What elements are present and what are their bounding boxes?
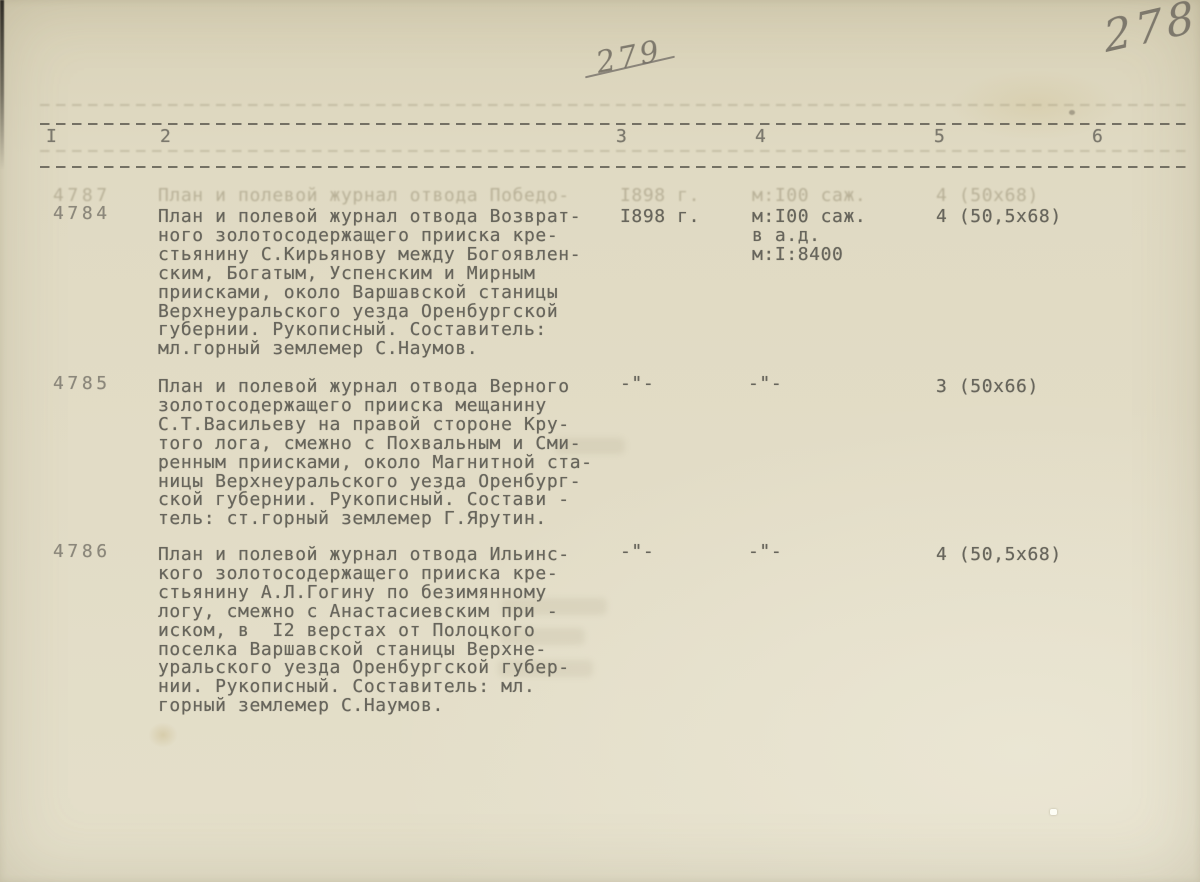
paper-stain [148,722,178,748]
bleed-entry-scale: м:I00 саж. [752,187,866,206]
entry-description: План и полевой журнал отвода Возврат- но… [158,208,581,359]
entry-number: 4785 [53,375,111,394]
scan-edge-shadow [0,0,4,170]
entry-extent: 4 (50,5x68) [936,208,1062,227]
table-header-rule [40,166,1192,168]
paper-speck [1069,110,1075,115]
column-header-1: I [46,128,57,147]
entry-number: 4784 [53,205,111,224]
handwritten-page-number: 278 [1101,0,1200,64]
paper-fleck [1050,809,1057,815]
bleed-entry-extent: 4 (50x68) [936,187,1039,206]
entry-scale: -"- [748,375,782,394]
entry-date: -"- [620,543,654,562]
column-header-3: 3 [616,128,627,147]
archival-inventory-page: 279 278 I 2 3 4 5 6 4787 План и полевой … [0,0,1200,882]
column-header-4: 4 [755,128,766,147]
bleed-dashed-rule [40,150,1192,152]
entry-description: План и полевой журнал отвода Верного зол… [158,378,593,529]
entry-number: 4786 [53,543,111,562]
entry-date: -"- [620,375,654,394]
column-header-6: 6 [1092,128,1103,147]
entry-extent: 3 (50x66) [936,378,1039,397]
bleed-entry-date: I898 г. [620,187,700,206]
bleed-dashed-rule [40,104,1192,106]
entry-extent: 4 (50,5x68) [936,546,1062,565]
entry-scale: -"- [748,543,782,562]
entry-description: План и полевой журнал отвода Ильинс- ког… [158,546,570,716]
column-header-5: 5 [934,128,945,147]
column-header-2: 2 [160,128,171,147]
bleed-entry-description: План и полевой журнал отвода Победо- [158,187,570,206]
entry-date: I898 г. [620,208,700,227]
entry-scale: м:I00 саж. в а.д. м:I:8400 [752,208,866,265]
